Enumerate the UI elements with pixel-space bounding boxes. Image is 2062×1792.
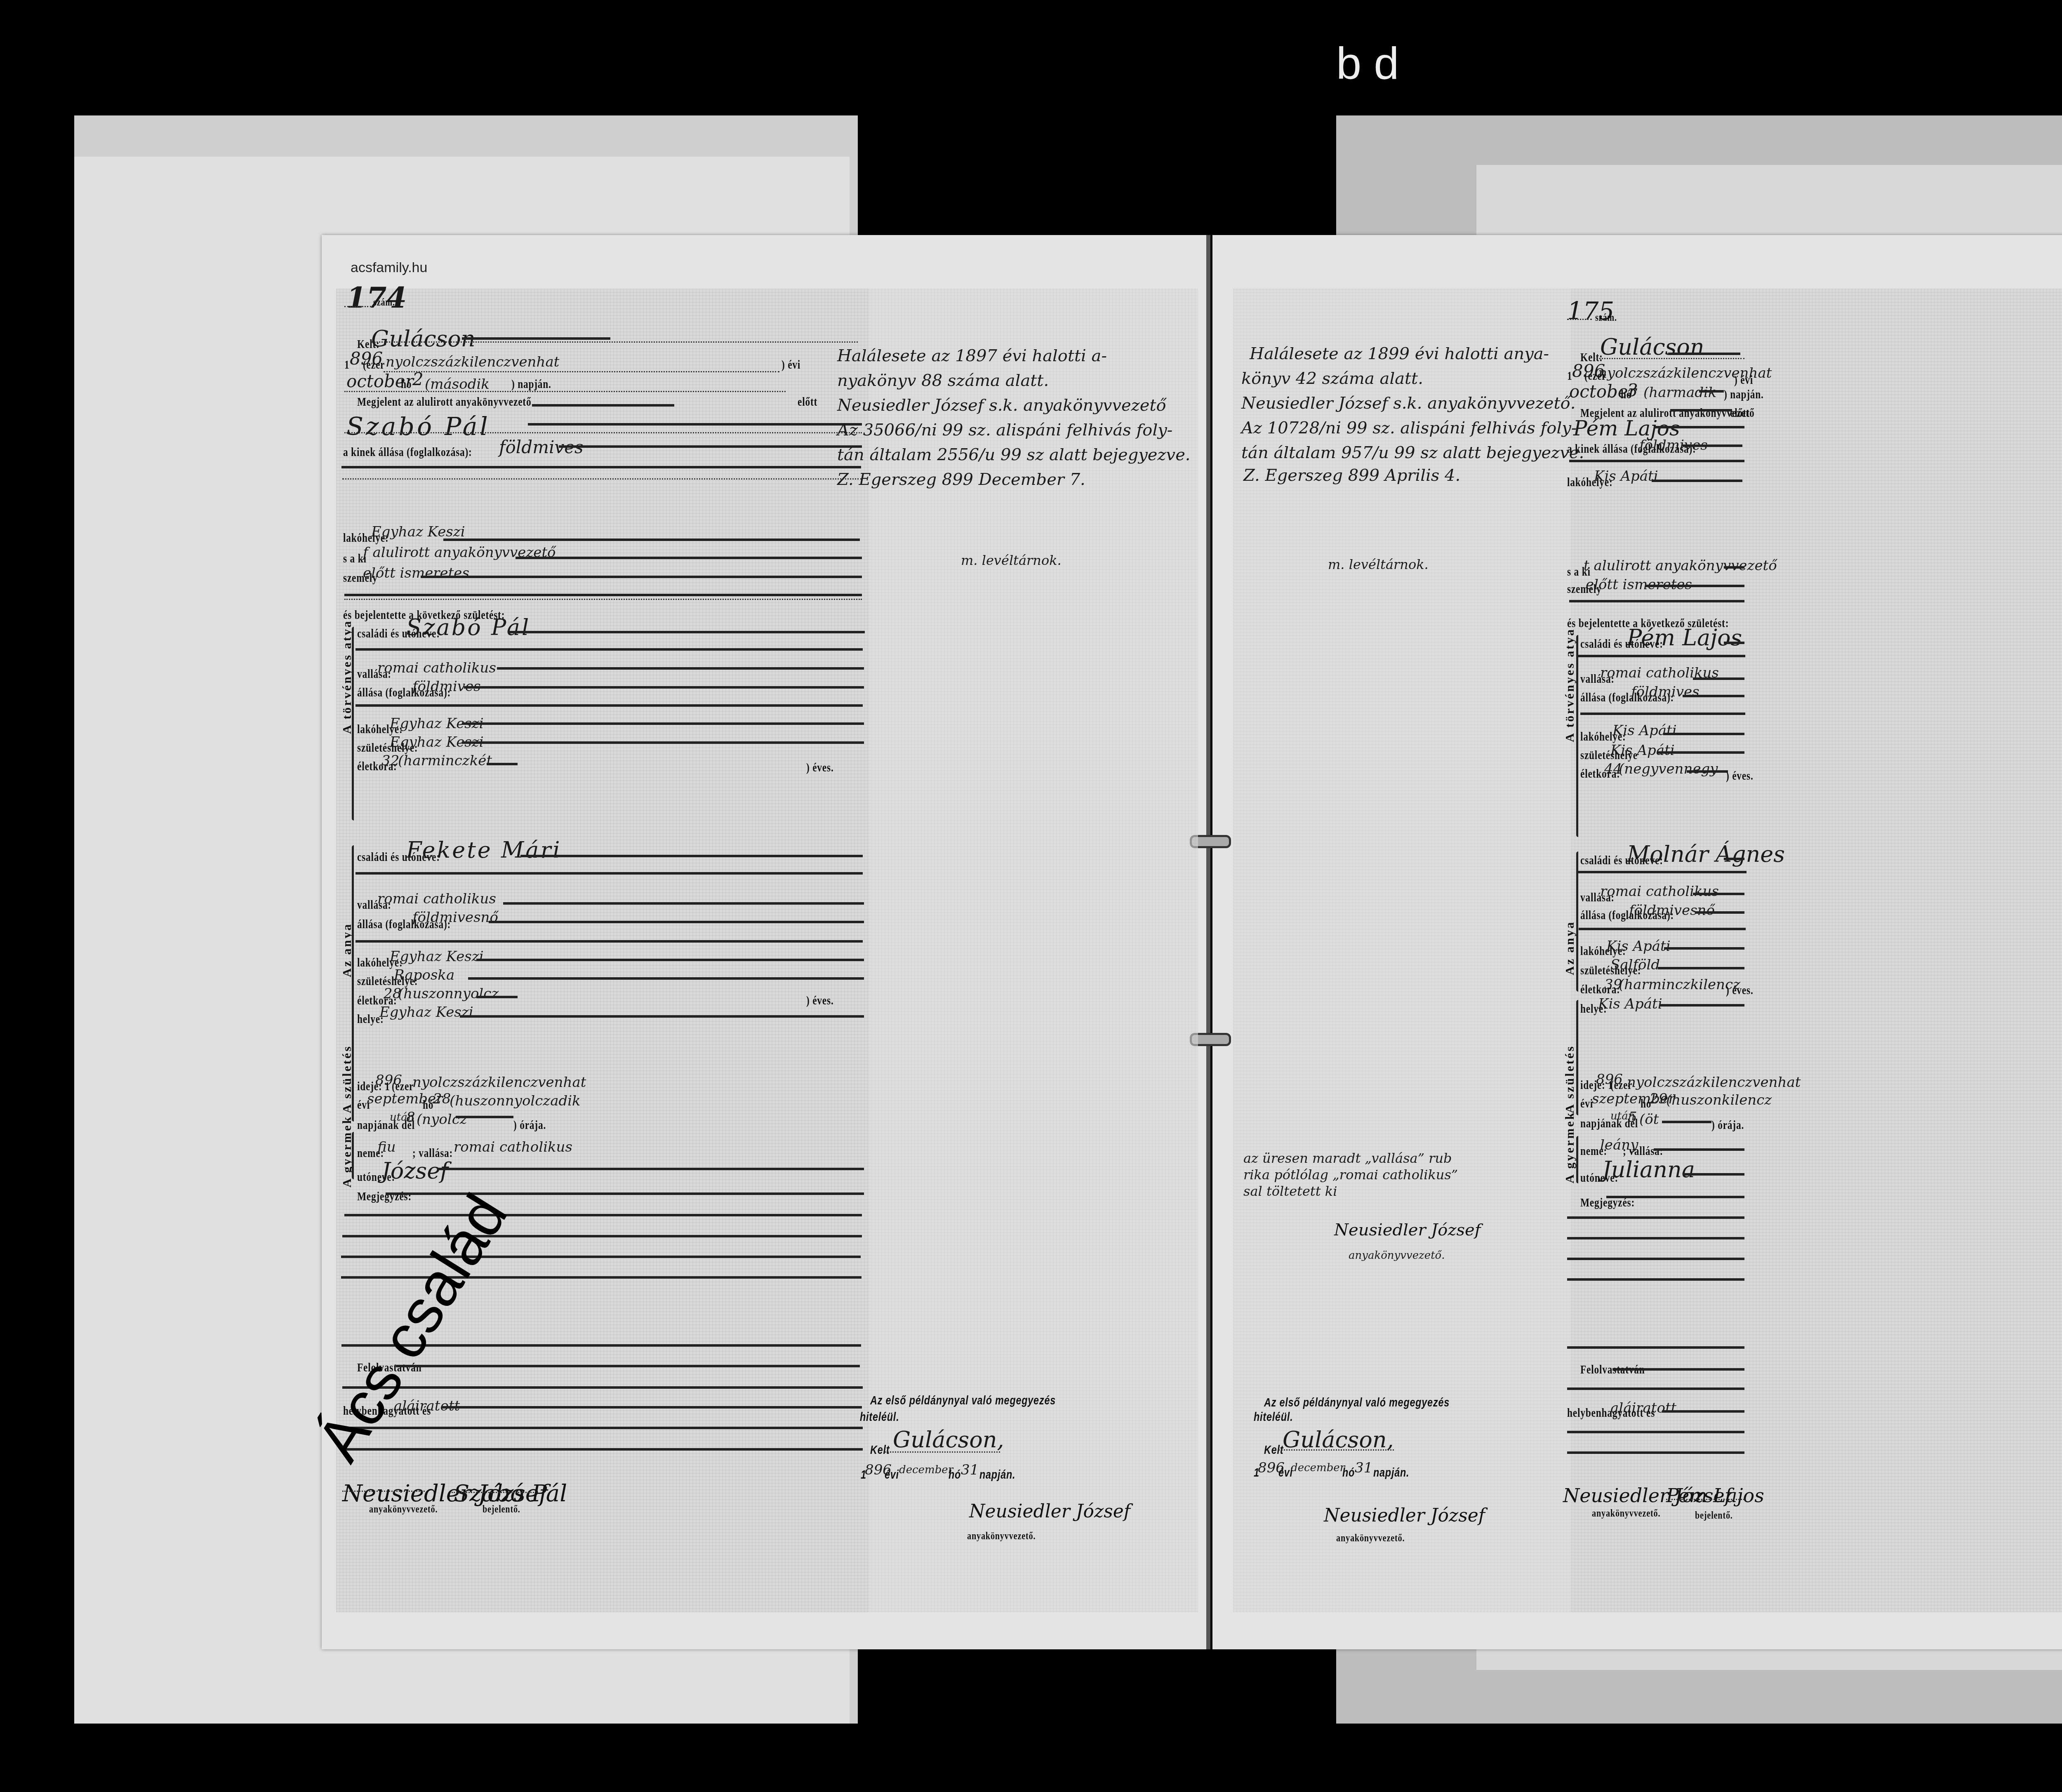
reporter-signature-label: bejelentő. <box>483 1503 520 1515</box>
elott-label: előtt <box>798 395 817 409</box>
certify-line-2: hiteléül. <box>860 1410 899 1424</box>
rule <box>520 855 863 857</box>
rule <box>1569 600 1744 602</box>
dotline <box>384 371 779 372</box>
birth-day-words: (huszonkilencz <box>1666 1092 1772 1108</box>
rule <box>528 423 862 426</box>
mother-occupation: földmivesnő <box>412 909 498 926</box>
rule <box>1580 713 1745 715</box>
number-label: szám. <box>373 296 395 308</box>
year-words: nyolczszázkilenczvenhat <box>386 354 559 370</box>
correction-signature: Neusiedler József <box>1334 1221 1481 1239</box>
kelt-place: Gulácson <box>1600 334 1704 360</box>
rule <box>476 959 864 961</box>
rule <box>1567 1237 1744 1239</box>
rule <box>1567 1258 1744 1260</box>
rule <box>1668 353 1740 355</box>
correction-note-line: rika pótlólag „romai catholikus” <box>1243 1167 1458 1183</box>
rule <box>1576 655 1745 657</box>
day: 3 <box>1627 380 1638 400</box>
rule <box>1724 858 1744 860</box>
father-religion: romai catholikus <box>377 660 496 676</box>
certify-kelt-place: Gulácson, <box>893 1427 1004 1453</box>
mother-age-words: (huszonnyolcz <box>398 985 499 1002</box>
birth-place: Kis Apáti <box>1598 996 1662 1012</box>
rule <box>1664 947 1744 950</box>
rule <box>421 576 862 578</box>
birth-day: 28 <box>433 1091 451 1107</box>
rule <box>1658 967 1744 969</box>
rule <box>342 1386 863 1389</box>
rule <box>355 648 863 651</box>
rule <box>487 763 518 765</box>
rule <box>396 1365 860 1367</box>
child-brace <box>1576 1136 1578 1183</box>
certify-signature: Neusiedler József <box>1324 1505 1485 1526</box>
certify-date-day: 31 <box>1355 1460 1372 1476</box>
rule <box>1652 480 1742 482</box>
annotation-line: Az 35066/ni 99 sz. alispáni felhivás fol… <box>837 421 1172 440</box>
rule <box>1724 566 1744 569</box>
lakohelye: Kis Apáti <box>1594 468 1658 484</box>
dotline <box>1594 358 1744 359</box>
mother-eves-label: ) éves. <box>806 994 834 1008</box>
rule <box>462 722 864 725</box>
rule <box>1664 733 1744 735</box>
film-marker: bd <box>1336 37 1411 89</box>
mother-section-label: Az anya <box>1563 921 1577 975</box>
rule <box>1567 1278 1744 1281</box>
rule <box>341 466 861 468</box>
dotline <box>885 1451 1000 1453</box>
rule <box>1567 1216 1744 1219</box>
rule <box>503 902 864 905</box>
father-birthplace: Kis Apáti <box>1610 742 1675 759</box>
child-sex: fiu <box>377 1139 396 1155</box>
reporter-signature-label: bejelentő. <box>1695 1509 1733 1522</box>
dotline <box>344 599 862 600</box>
ho-label: hó <box>401 377 412 391</box>
birth-year-words: nyolczszázkilenczvenhat <box>1627 1074 1801 1091</box>
rule <box>508 631 865 633</box>
mother-name: Molnár Ágnes <box>1627 841 1785 867</box>
rule <box>1567 1388 1744 1390</box>
mother-age-words: (harminczkilencz <box>1619 976 1740 993</box>
registrar-signature-label: anyakönyvvezető. <box>369 1503 438 1515</box>
birth-place: Egyhaz Keszi <box>379 1004 473 1021</box>
day-words: (második <box>425 376 490 393</box>
rule <box>1693 677 1744 680</box>
rule <box>1569 460 1744 462</box>
certify-signature-label: anyakönyvvezető. <box>1336 1532 1405 1544</box>
birth-year-words: nyolczszázkilenczvenhat <box>412 1074 586 1091</box>
annotation-line: Az 10728/ni 99 sz. alispáni felhivás fol… <box>1241 419 1577 437</box>
helybenhagyatott-value: aláiratott <box>1610 1400 1676 1416</box>
dotline <box>452 1492 534 1493</box>
rule <box>456 1116 513 1118</box>
birth-section-label: A születés <box>1563 1045 1577 1113</box>
annotation-signature-role: m. levéltárnok. <box>1328 557 1429 572</box>
certify-line-2: hiteléül. <box>1254 1410 1293 1424</box>
rule <box>460 1015 864 1018</box>
mother-birthplace: Salföld <box>1610 957 1660 973</box>
year-suffix: ) évi <box>781 358 800 372</box>
child-given-name: Julianna <box>1602 1157 1695 1183</box>
child-religion-label: ; vallása: <box>1623 1144 1663 1158</box>
rule <box>355 872 863 875</box>
certify-date-napjan: napján. <box>1373 1466 1409 1480</box>
certify-line-1: Az első példánynyal való megegyezés <box>1264 1396 1450 1410</box>
rule <box>441 1406 862 1409</box>
mother-residence: Kis Apáti <box>1606 938 1671 955</box>
certify-kelt-label: Kelt <box>870 1443 890 1457</box>
rule <box>1660 1004 1744 1007</box>
rule <box>1654 426 1744 428</box>
rule <box>1662 1121 1711 1123</box>
megjelent-label: Megjelent az alulirott anyakönyvvezető <box>357 395 531 409</box>
year-suffix: ) évi <box>1734 373 1753 387</box>
rule <box>1695 911 1744 914</box>
correction-note-line: az üresen maradt „vallása” rub <box>1243 1150 1452 1166</box>
rule <box>1567 1431 1744 1433</box>
mother-birthplace: Raposka <box>394 967 454 983</box>
mother-occupation: földmivesnő <box>1629 902 1715 919</box>
rule <box>476 996 518 998</box>
rule <box>443 539 860 541</box>
child-given-name: József <box>381 1158 448 1184</box>
mother-residence: Egyhaz Keszi <box>390 948 484 965</box>
day: 2 <box>412 369 424 389</box>
szemely-value: előtt ismeretes <box>363 565 469 581</box>
rule <box>355 940 863 943</box>
saki-value: t alulirott anyakönyvvezető <box>1584 557 1777 574</box>
rule <box>1612 1368 1744 1371</box>
year-paren-label: (ezer <box>363 358 385 372</box>
rule <box>1724 642 1744 644</box>
father-brace <box>1576 635 1578 837</box>
rule <box>342 1427 863 1429</box>
dotline <box>1278 1449 1394 1451</box>
mother-name: Fekete Mári <box>406 837 562 863</box>
certify-date-ho: hó <box>1342 1466 1355 1480</box>
kelt-place: Gulácson <box>371 326 475 352</box>
rule <box>532 404 674 407</box>
rule <box>462 337 610 340</box>
dotline <box>344 391 786 392</box>
elott-label: előtt <box>1730 406 1750 420</box>
rule <box>342 1448 863 1451</box>
number-dotline <box>1567 319 1592 320</box>
year-prefix: 1 <box>1567 369 1572 383</box>
annotation-line: Z. Egerszeg 899 Aprilis 4. <box>1243 466 1460 485</box>
rule <box>1662 1410 1744 1413</box>
dotline <box>1666 1499 1744 1500</box>
rule <box>1567 1451 1744 1454</box>
rule <box>559 445 862 448</box>
birth-hour: 8 <box>406 1109 415 1126</box>
dotline <box>344 432 862 433</box>
year-prefix: 1 <box>344 358 349 372</box>
rule <box>1687 770 1728 773</box>
rule <box>344 1214 862 1216</box>
annotation-line: könyv 42 száma alatt. <box>1241 369 1423 388</box>
birth-day: 29 <box>1650 1091 1667 1107</box>
birth-oraja-label: ) órája. <box>513 1118 546 1132</box>
certify-date-day: 31 <box>961 1462 979 1478</box>
annotation-line: Neusiedler József s.k. anyakönyvvezető <box>837 396 1166 415</box>
rule <box>1606 1196 1744 1198</box>
rule <box>1683 1173 1744 1176</box>
certify-line-1: Az első példánynyal való megegyezés <box>870 1394 1056 1408</box>
book-gutter <box>1206 235 1210 1649</box>
certify-signature-label: anyakönyvvezető. <box>967 1530 1036 1542</box>
father-age-words: (harminczkét <box>398 753 492 769</box>
birth-brace <box>352 1010 354 1122</box>
father-eves-label: ) éves. <box>1726 769 1754 783</box>
mother-religion: romai catholikus <box>1600 883 1719 900</box>
rule <box>468 977 864 980</box>
certify-kelt-place: Gulácson, <box>1283 1427 1394 1453</box>
lakohelye: Egyhaz Keszi <box>371 524 465 540</box>
rule <box>515 557 862 559</box>
rule <box>1670 409 1732 412</box>
number-label: szám. <box>1595 311 1617 324</box>
father-section-label: A törvényes atya <box>1563 628 1577 742</box>
certify-date-napjan: napján. <box>979 1468 1015 1482</box>
reporter-signature: Pém Lajos <box>1666 1484 1764 1507</box>
annotation-line: Halálesete az 1897 évi halotti a- <box>837 346 1107 365</box>
father-residence: Kis Apáti <box>1612 722 1677 739</box>
appearer-name: Szabó Pál <box>346 412 490 441</box>
rule <box>464 686 864 689</box>
annotation-line: tán általam 957/u 99 sz alatt bejegyezve… <box>1241 443 1584 462</box>
website-watermark: acsfamily.hu <box>351 260 427 276</box>
rule <box>1577 871 1747 873</box>
birth-ho-label: hó <box>423 1098 433 1112</box>
father-name: Pém Lajos <box>1627 625 1742 651</box>
certify-date-month: december <box>1291 1462 1345 1474</box>
child-brace <box>352 1132 354 1179</box>
rule <box>462 741 864 744</box>
birth-hour: 5 <box>1628 1109 1637 1126</box>
registrar-signature-label: anyakönyvvezető. <box>1592 1507 1660 1519</box>
certify-date-evi: évi <box>885 1468 899 1482</box>
birth-day-words: (huszonnyolczadik <box>450 1093 581 1109</box>
rule <box>1658 751 1744 754</box>
birth-oraja-label: ) órája. <box>1711 1118 1744 1132</box>
correction-note-line: sal töltetett ki <box>1243 1183 1337 1199</box>
rule <box>1683 695 1744 697</box>
annotation-line: tán általam 2556/u 99 sz alatt bejegyezv… <box>837 445 1191 464</box>
rule <box>342 1235 862 1237</box>
birth-brace <box>1576 1000 1578 1115</box>
rule <box>1693 893 1744 895</box>
napjan-label: ) napján. <box>1724 388 1764 402</box>
kinek-allasa-label: a kinek állása (foglalkozása): <box>343 445 472 459</box>
napjan-label: ) napján. <box>511 377 551 391</box>
day-words: (harmadik <box>1643 384 1716 401</box>
rule <box>344 594 862 596</box>
mother-religion: romai catholikus <box>377 891 496 907</box>
rule <box>1645 585 1744 587</box>
father-age: 32 <box>381 753 399 769</box>
father-age-words: (negyvennegy <box>1619 761 1718 777</box>
father-occupation: földmives <box>1631 684 1700 700</box>
annotation-line: Z. Egerszeg 899 December 7. <box>837 470 1085 489</box>
certify-signature: Neusiedler József <box>969 1501 1130 1522</box>
rule <box>437 1168 864 1170</box>
dotline <box>342 478 862 480</box>
father-name: Szabó Pál <box>406 614 530 640</box>
rule <box>1683 444 1742 447</box>
rule <box>1654 1148 1744 1151</box>
annotation-line: Halálesete az 1899 évi halotti anya- <box>1250 344 1549 363</box>
annotation-line: Neusiedler József s.k. anyakönyvvezető. <box>1241 394 1575 413</box>
annotation-signature-role: m. levéltárnok. <box>961 553 1062 568</box>
annotation-line: nyakönyv 88 száma alatt. <box>837 371 1049 390</box>
birth-hour-words: (öt <box>1639 1111 1659 1128</box>
mother-eves-label: ) éves. <box>1726 983 1754 997</box>
birth-hour-words: (nyolcz <box>417 1111 467 1128</box>
rule <box>1567 1346 1744 1349</box>
dotline <box>342 1491 425 1492</box>
number-dotline <box>344 306 371 307</box>
birth-evi-label: évi <box>1580 1097 1593 1111</box>
rule <box>1579 928 1746 930</box>
rule <box>355 704 863 707</box>
dotline <box>371 341 858 343</box>
rule <box>497 667 864 670</box>
rule <box>1699 390 1724 393</box>
rule <box>489 921 864 923</box>
correction-signature-label: anyakönyvvezető. <box>1349 1249 1445 1262</box>
megjegyzes-label: Megjegyzés: <box>357 1190 412 1204</box>
certify-date-month: december <box>899 1464 953 1476</box>
child-religion: romai catholikus <box>454 1139 572 1155</box>
father-eves-label: ) éves. <box>806 761 834 775</box>
certify-date-ho: hó <box>949 1468 961 1482</box>
child-section-label: A gyermek <box>1563 1111 1577 1183</box>
father-brace <box>352 627 354 821</box>
